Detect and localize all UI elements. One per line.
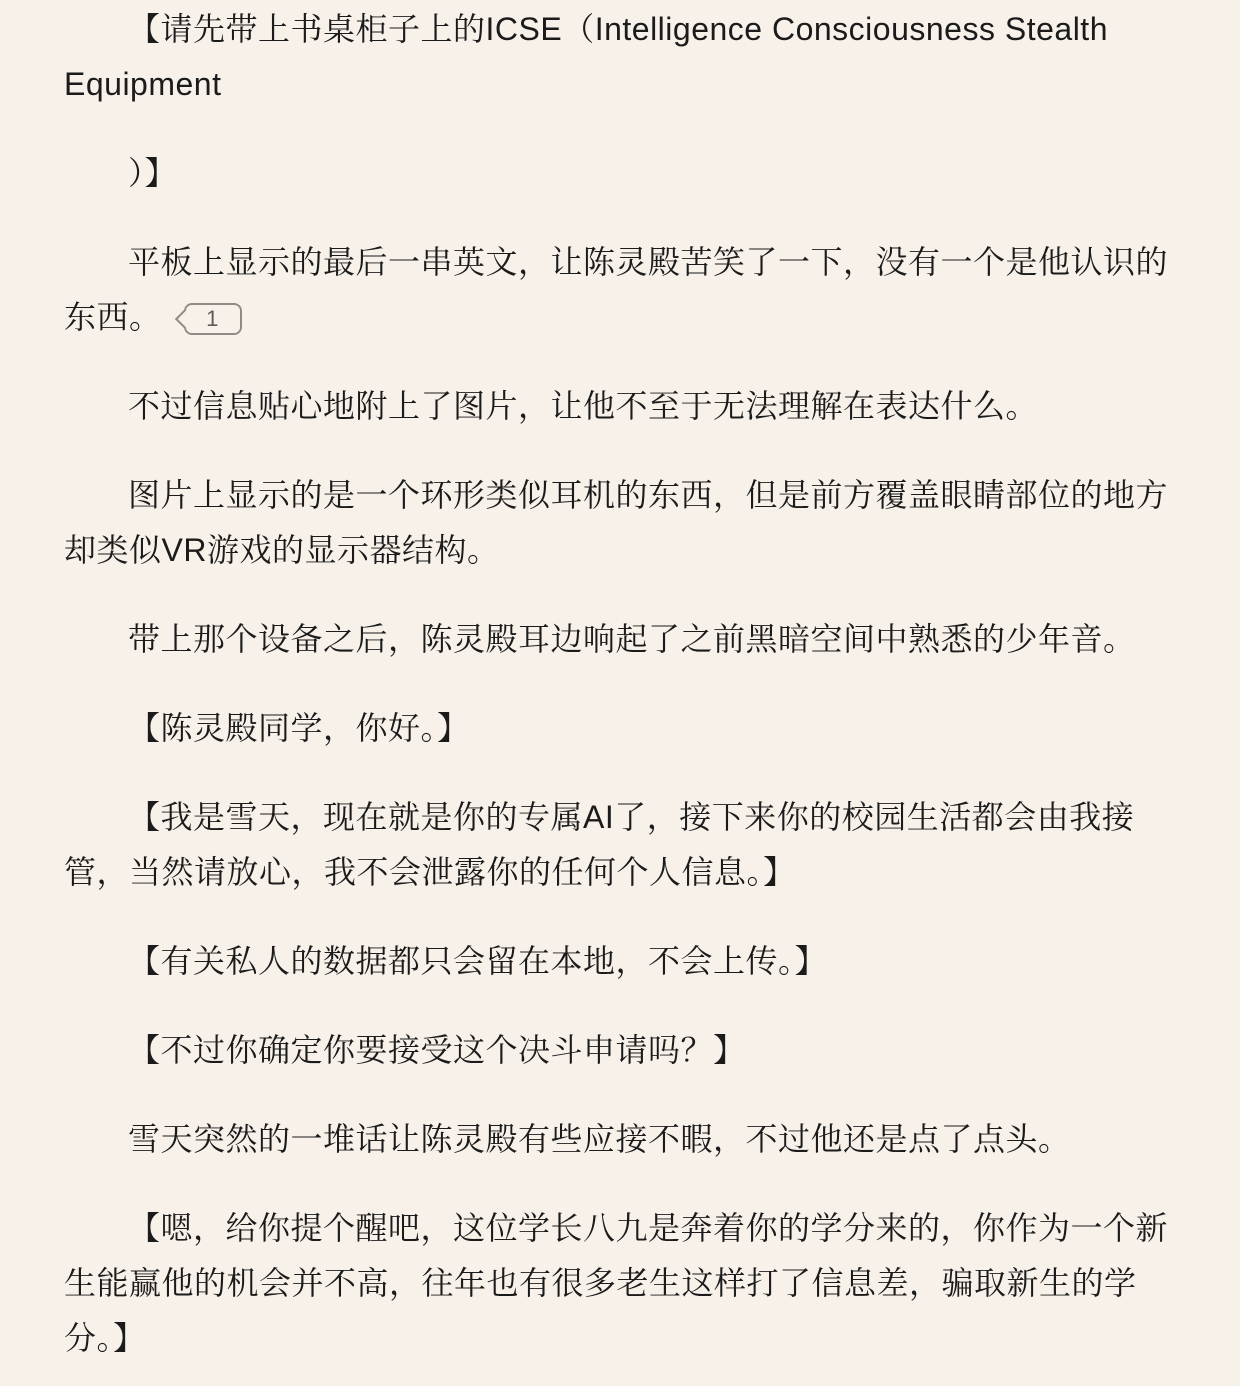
comment-count-badge[interactable]: 1	[184, 303, 242, 335]
paragraph: ）】	[64, 146, 1168, 201]
paragraph-text: 不过信息贴心地附上了图片，让他不至于无法理解在表达什么。	[128, 388, 1038, 424]
paragraph: 平板上显示的最后一串英文，让陈灵殿苦笑了一下，没有一个是他认识的东西。1	[64, 235, 1168, 345]
paragraph-text: ）】	[128, 155, 177, 191]
paragraph: 【不过你确定你要接受这个决斗申请吗？】	[64, 1023, 1168, 1078]
comment-count: 1	[186, 305, 240, 333]
paragraph-text: 【有关私人的数据都只会留在本地，不会上传。】	[128, 943, 827, 979]
paragraph: 【我是雪天，现在就是你的专属AI了，接下来你的校园生活都会由我接管，当然请放心，…	[64, 790, 1168, 900]
paragraph: 带上那个设备之后，陈灵殿耳边响起了之前黑暗空间中熟悉的少年音。	[64, 612, 1168, 667]
paragraph: 不过信息贴心地附上了图片，让他不至于无法理解在表达什么。	[64, 379, 1168, 434]
paragraph-text: 雪天突然的一堆话让陈灵殿有些应接不暇，不过他还是点了点头。	[128, 1121, 1071, 1157]
paragraph-text: 图片上显示的是一个环形类似耳机的东西，但是前方覆盖眼睛部位的地方却类似VR游戏的…	[64, 477, 1168, 568]
paragraph-text: 【嗯，给你提个醒吧，这位学长八九是奔着你的学分来的，你作为一个新生能赢他的机会并…	[64, 1210, 1168, 1356]
paragraph-text: 【陈灵殿同学，你好。】	[128, 710, 470, 746]
chapter-text: 【请先带上书桌柜子上的ICSE（Intelligence Consciousne…	[0, 0, 1240, 1386]
paragraph: 【有关私人的数据都只会留在本地，不会上传。】	[64, 934, 1168, 989]
paragraph-text: 【我是雪天，现在就是你的专属AI了，接下来你的校园生活都会由我接管，当然请放心，…	[64, 799, 1134, 890]
paragraph-text: 【请先带上书桌柜子上的ICSE（Intelligence Consciousne…	[64, 11, 1108, 102]
paragraph-text: 带上那个设备之后，陈灵殿耳边响起了之前黑暗空间中熟悉的少年音。	[128, 621, 1136, 657]
paragraph-text: 【不过你确定你要接受这个决斗申请吗？】	[128, 1032, 746, 1068]
paragraph: 【嗯，给你提个醒吧，这位学长八九是奔着你的学分来的，你作为一个新生能赢他的机会并…	[64, 1201, 1168, 1366]
paragraph: 【陈灵殿同学，你好。】	[64, 701, 1168, 756]
paragraph: 雪天突然的一堆话让陈灵殿有些应接不暇，不过他还是点了点头。	[64, 1112, 1168, 1167]
paragraph: 【请先带上书桌柜子上的ICSE（Intelligence Consciousne…	[64, 2, 1168, 112]
paragraph: 图片上显示的是一个环形类似耳机的东西，但是前方覆盖眼睛部位的地方却类似VR游戏的…	[64, 468, 1168, 578]
